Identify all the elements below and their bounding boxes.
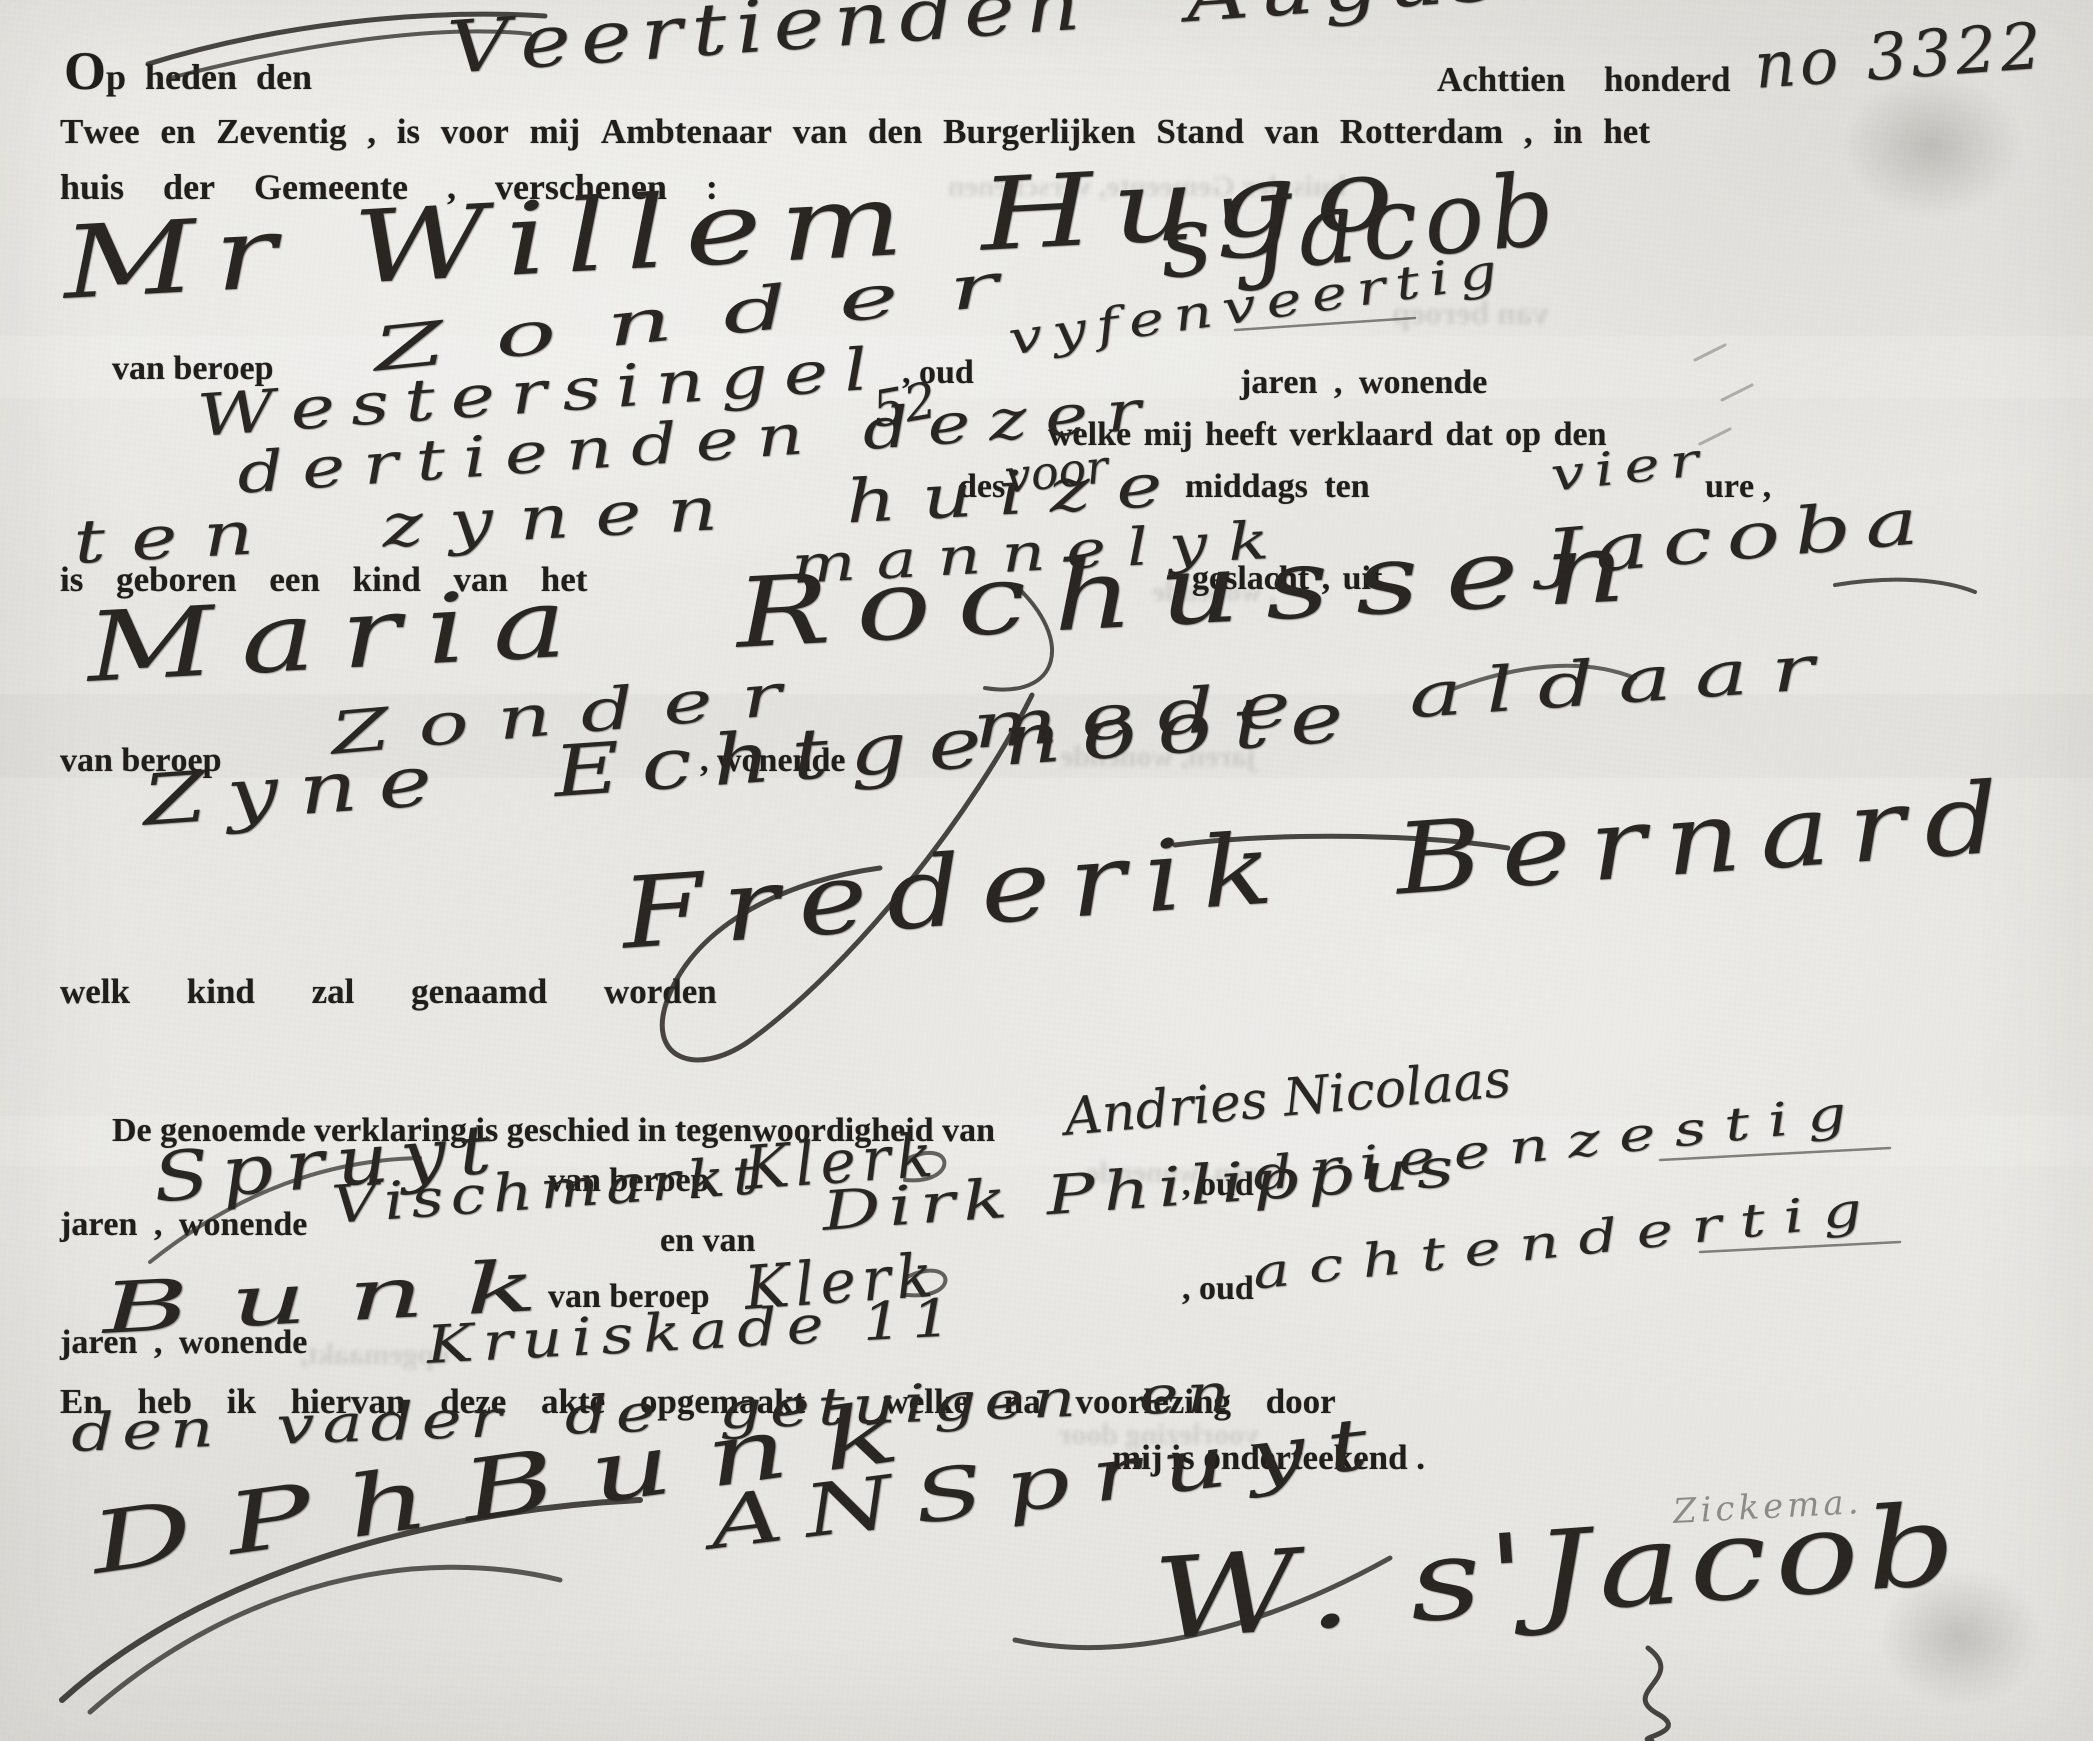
printed-welk-kind: welk kind zal genaamd worden — [60, 972, 717, 1012]
printed-middags-ten: middags ten — [1185, 468, 1370, 506]
birth-record-document: huis der Gemeente, verschenen van beroep… — [0, 0, 2093, 1741]
printed-line2: Twee en Zeventig , is voor mij Ambtenaar… — [60, 112, 1650, 152]
printed-jaren-wonende-1: jaren , wonende — [1240, 364, 1487, 402]
act-number: no 3322 — [1752, 10, 2047, 104]
printed-oud-w2: , oud — [1182, 1270, 1254, 1308]
printed-achttien-honderd: Achttien honderd — [1437, 60, 1731, 100]
printed-op-heden-den: Op heden den — [64, 40, 312, 102]
